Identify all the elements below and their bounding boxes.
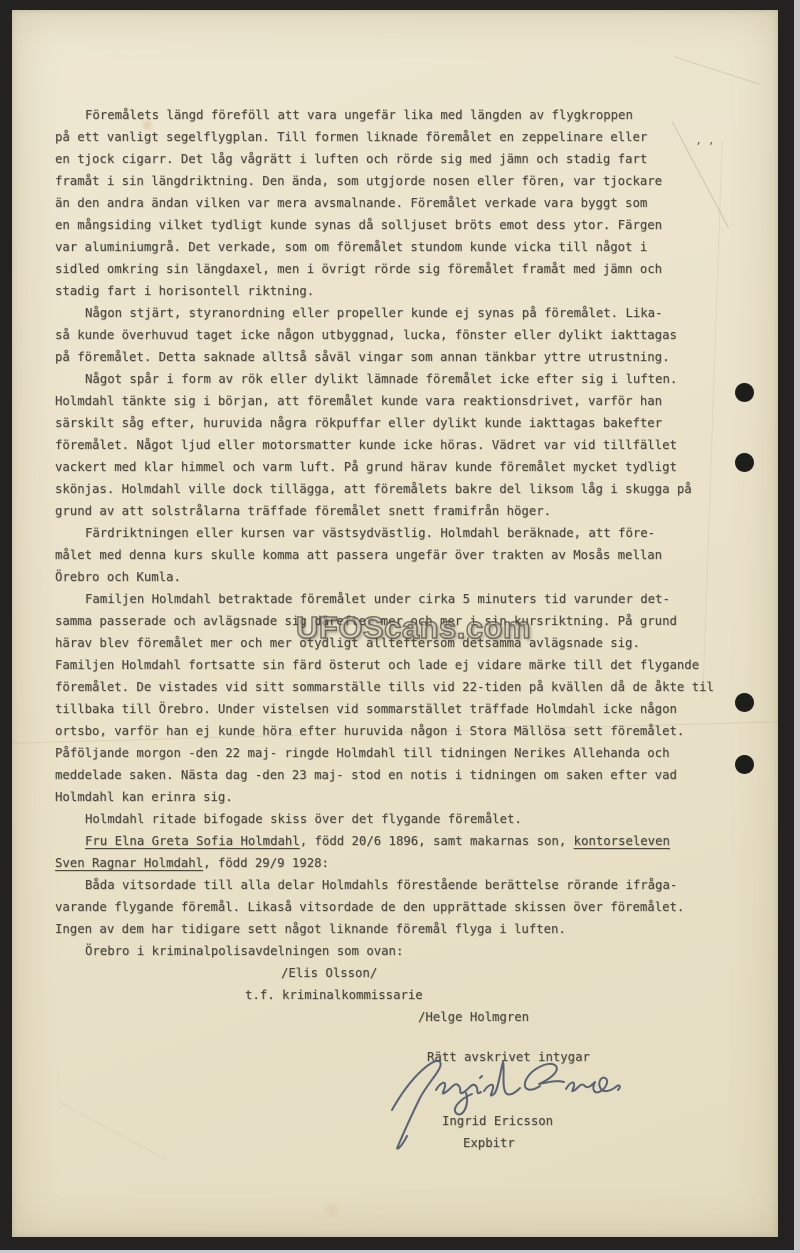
signature-strokes <box>378 1048 623 1158</box>
document-line: Örebro och Kumla. <box>55 566 735 588</box>
document-line: grund av att solstrålarna träffade förem… <box>55 500 735 522</box>
paper-sheet: ’’ Föremålets längd föreföll att vara un… <box>12 10 778 1237</box>
document-line: Holmdahl ritade bifogade skiss över det … <box>55 808 735 830</box>
document-line: Något spår i form av rök eller dylikt lä… <box>55 368 735 390</box>
document-line: Fru Elna Greta Sofia Holmdahl, född 20/6… <box>55 830 735 852</box>
document-line: Påföljande morgon -den 22 maj- ringde Ho… <box>55 742 735 764</box>
handwritten-signature: Ingrid Ericsson <box>378 1048 623 1158</box>
document-line: Färdriktningen eller kursen var västsydv… <box>55 522 735 544</box>
document-line: Någon stjärt, styranordning eller propel… <box>55 302 735 324</box>
document-line: Båda vitsordade till alla delar Holmdahl… <box>55 874 735 896</box>
document-line: föremålet. Något ljud eller motorsmatter… <box>55 434 735 456</box>
document-line: Holmdahl tänkte sig i början, att föremå… <box>55 390 735 412</box>
text-segment: , född 20/6 1896, samt makarnas son, <box>300 834 574 848</box>
document-line: en tjock cigarr. Det låg vågrätt i lufte… <box>55 148 735 170</box>
document-line: Föremålets längd föreföll att vara ungef… <box>55 104 735 126</box>
document-line: Örebro i kriminalpolisavdelningen som ov… <box>55 940 735 962</box>
document-line: sidled omkring sin längdaxel, men i övri… <box>55 258 735 280</box>
document-line: meddelade saken. Nästa dag -den 23 maj- … <box>55 764 735 786</box>
document-line: på föremålet. Detta saknade alltså såväl… <box>55 346 735 368</box>
document-line: en mångsiding vilket tydligt kunde synas… <box>55 214 735 236</box>
underlined-text: kontorseleven <box>574 834 670 848</box>
document-line: Familjen Holmdahl betraktade föremålet u… <box>55 588 735 610</box>
document-line: så kunde överhuvud taget icke någon utby… <box>55 324 735 346</box>
document-line: skönjas. Holmdahl ville dock tillägga, a… <box>55 478 735 500</box>
document-line: var aluminiumgrå. Det verkade, som om fö… <box>55 236 735 258</box>
document-line: Sven Ragnar Holmdahl, född 29/9 1928: <box>55 852 735 874</box>
underlined-text: Sven Ragnar Holmdahl <box>55 856 203 870</box>
document-line: vackert med klar himmel och varm luft. P… <box>55 456 735 478</box>
document-line: ortsbo, varför han ej kunde höra efter h… <box>55 720 735 742</box>
document-line: målet med denna kurs skulle komma att pa… <box>55 544 735 566</box>
document-line: t.f. kriminalkommissarie <box>55 984 735 1006</box>
document-line: än den andra ändan vilken var mera avsma… <box>55 192 735 214</box>
underlined-text: Fru Elna Greta Sofia Holmdahl <box>85 834 300 848</box>
document-line: Ingen av dem har tidigare sett något lik… <box>55 918 735 940</box>
punch-hole-icon <box>735 755 754 774</box>
paper-crease <box>674 56 760 85</box>
document-line: framåt i sin längdriktning. Den ända, so… <box>55 170 735 192</box>
document-line: föremålet. De vistades vid sitt sommarst… <box>55 676 735 698</box>
document-line: varande flygande föremål. Likaså vitsord… <box>55 896 735 918</box>
punch-hole-icon <box>735 453 754 472</box>
document-line: /Helge Holmgren <box>55 1006 735 1028</box>
document-line: stadig fart i horisontell riktning. <box>55 280 735 302</box>
document-line: på ett vanligt segelflygplan. Till forme… <box>55 126 735 148</box>
scanned-document-page: ’’ Föremålets längd föreföll att vara un… <box>0 0 800 1253</box>
text-segment: , född 29/9 1928: <box>203 856 329 870</box>
punch-hole-icon <box>735 693 754 712</box>
document-line: Familjen Holmdahl fortsatte sin färd öst… <box>55 654 735 676</box>
document-line: Holmdahl kan erinra sig. <box>55 786 735 808</box>
watermark-text: UFOScans.com <box>296 610 531 646</box>
document-line: tillbaka till Örebro. Under vistelsen vi… <box>55 698 735 720</box>
document-line: särskilt såg efter, huruvida några rökpu… <box>55 412 735 434</box>
document-line: /Elis Olsson/ <box>55 962 735 984</box>
punch-hole-icon <box>735 383 754 402</box>
